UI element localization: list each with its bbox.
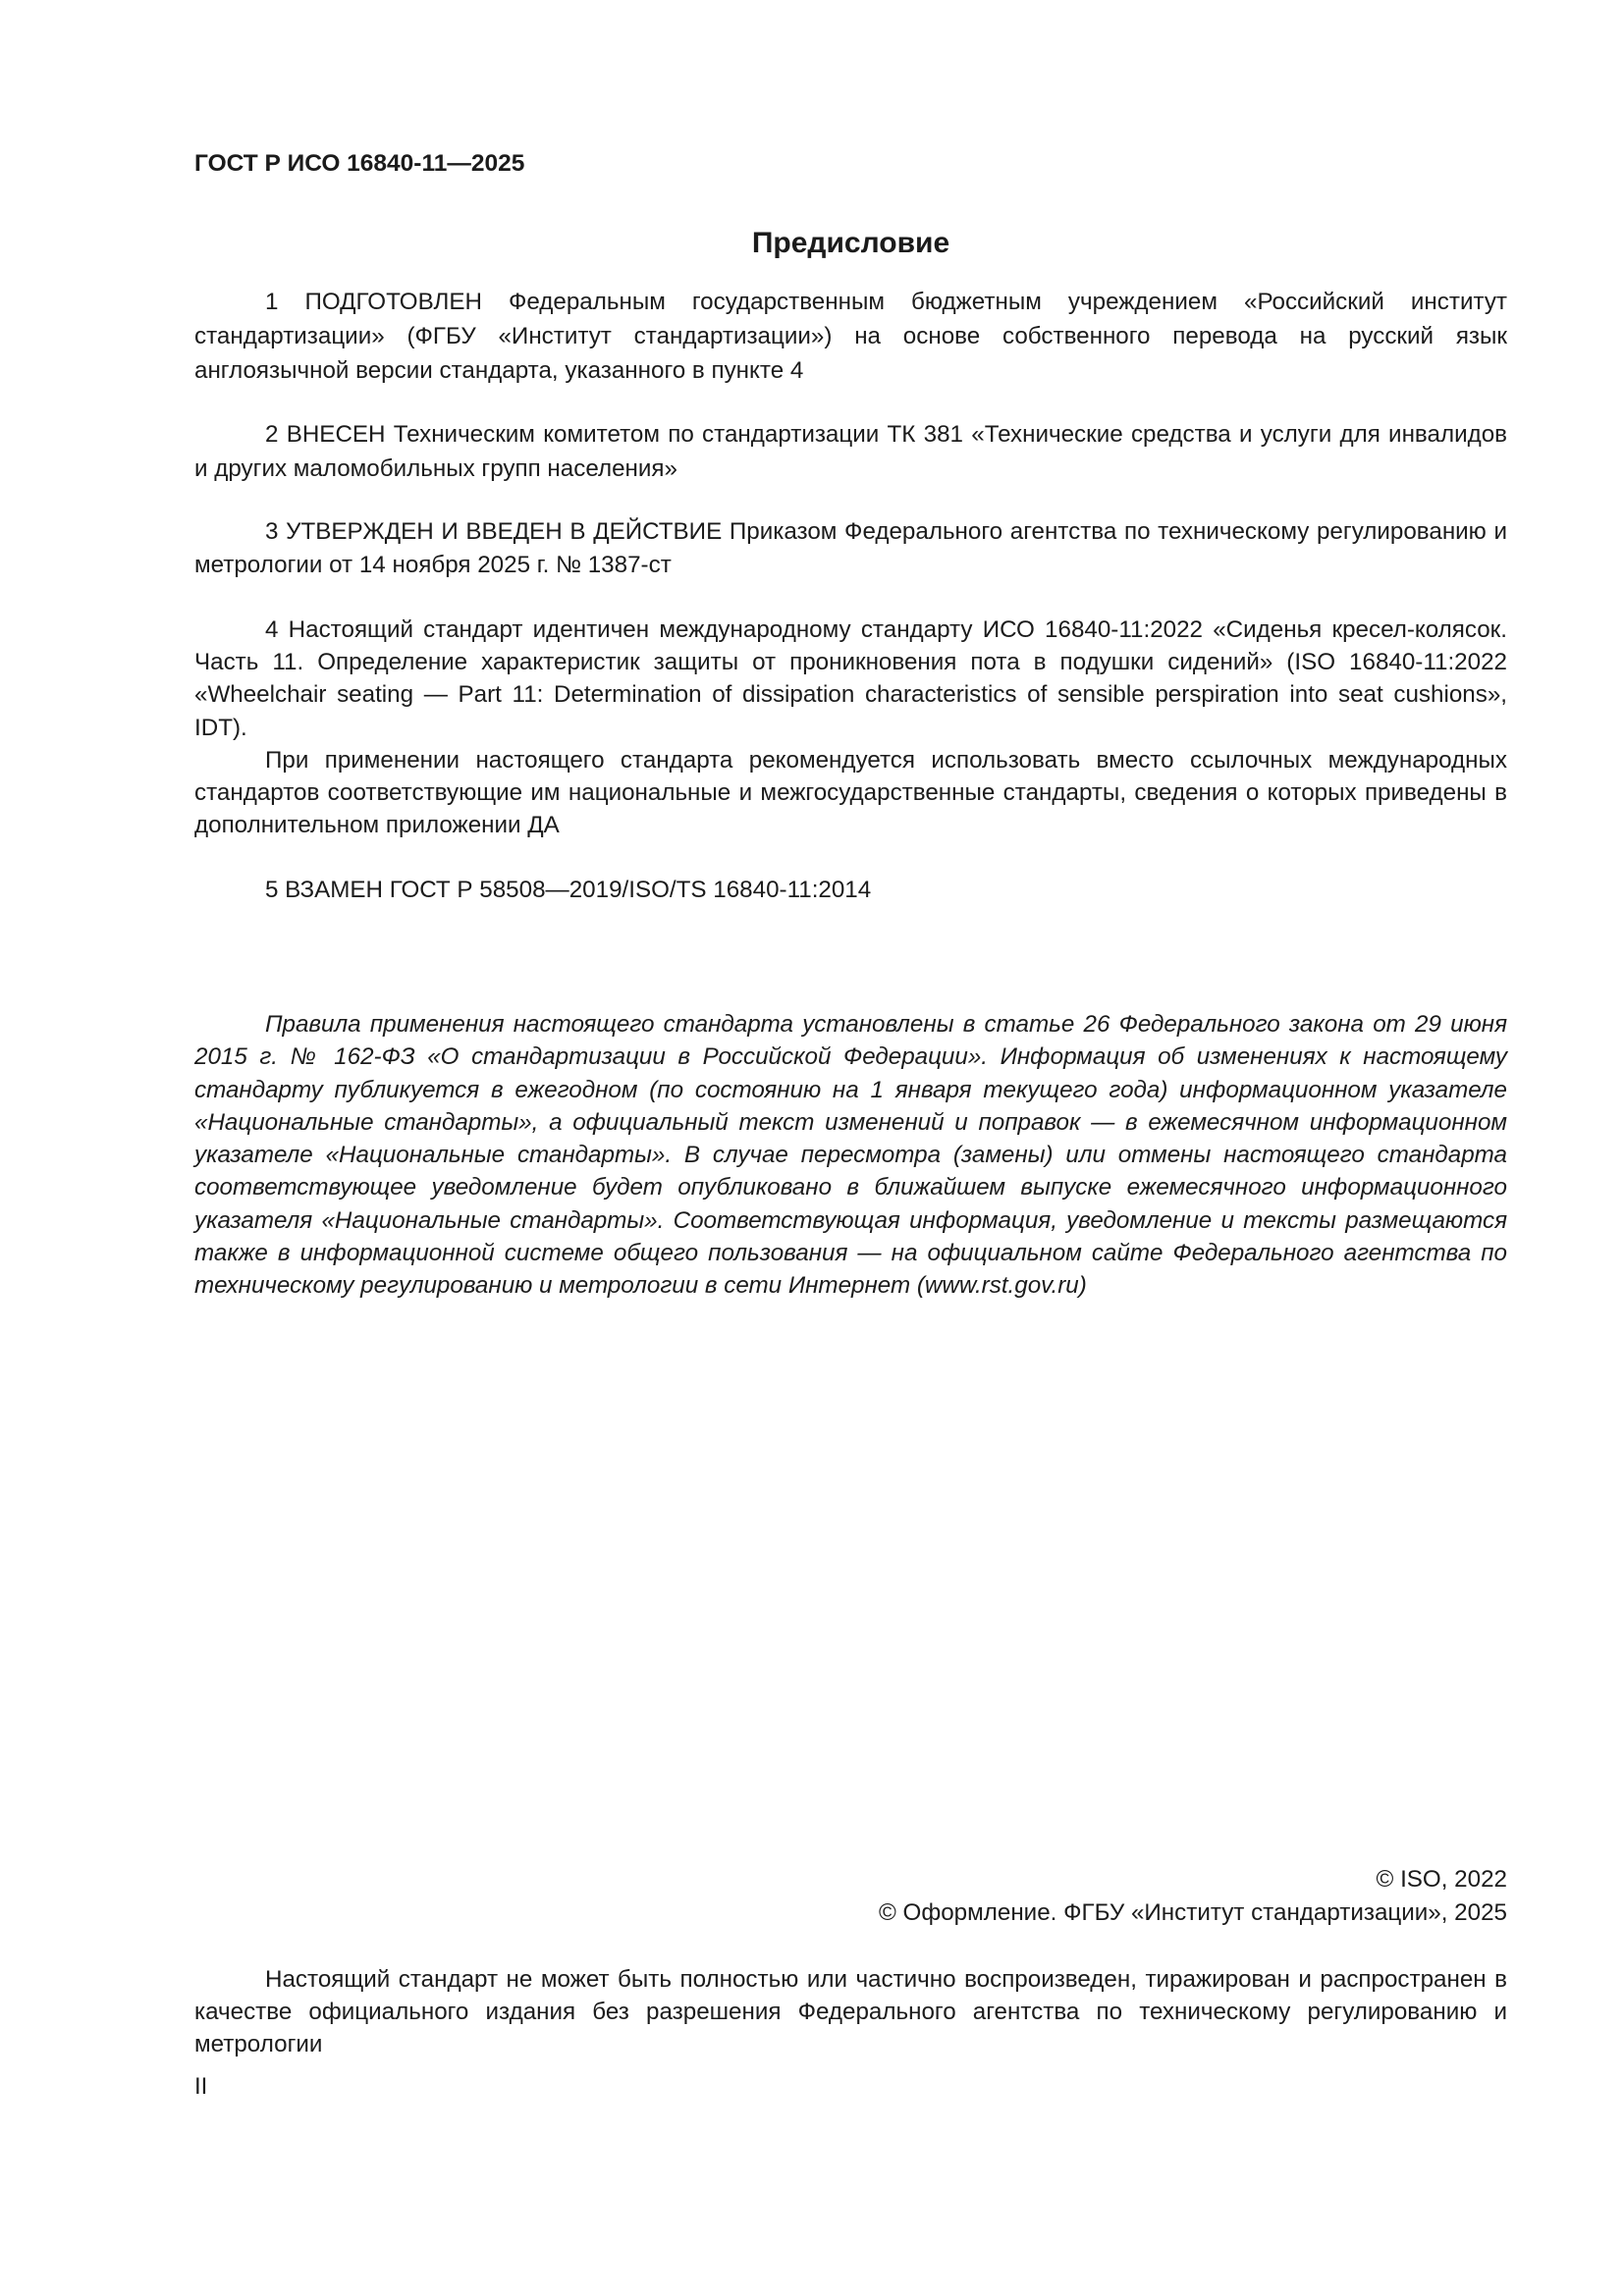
foreword-item-text: 2 ВНЕСЕН Техническим комитетом по станда… (194, 417, 1507, 486)
reproduction-notice-text: Настоящий стандарт не может быть полност… (194, 1963, 1507, 2060)
foreword-item-text: 5 ВЗАМЕН ГОСТ Р 58508—2019/ISO/TS 16840-… (194, 874, 1507, 907)
foreword-item-text: 3 УТВЕРЖДЕН И ВВЕДЕН В ДЕЙСТВИЕ Приказом… (194, 515, 1507, 581)
foreword-item-4: 4 Настоящий стандарт идентичен междунаро… (194, 614, 1507, 841)
copyright-block: © ISO, 2022 © Оформление. ФГБУ «Институт… (194, 1863, 1507, 1930)
foreword-item-1: 1 ПОДГОТОВЛЕН Федеральным государственны… (194, 285, 1507, 388)
foreword-item-5: 5 ВЗАМЕН ГОСТ Р 58508—2019/ISO/TS 16840-… (194, 874, 1507, 907)
document-code-header: ГОСТ Р ИСО 16840-11—2025 (194, 149, 524, 179)
page-title: Предисловие (194, 224, 1507, 263)
foreword-item-continuation: При применении настоящего стандарта реко… (194, 744, 1507, 842)
copyright-design: © Оформление. ФГБУ «Институт стандартиза… (194, 1896, 1507, 1930)
legal-notice-text: Правила применения настоящего стандарта … (194, 1008, 1507, 1303)
foreword-item-3: 3 УТВЕРЖДЕН И ВВЕДЕН В ДЕЙСТВИЕ Приказом… (194, 515, 1507, 581)
foreword-item-2: 2 ВНЕСЕН Техническим комитетом по станда… (194, 417, 1507, 486)
page-number: II (194, 2072, 207, 2102)
foreword-item-text: 4 Настоящий стандарт идентичен междунаро… (194, 614, 1507, 744)
legal-notice: Правила применения настоящего стандарта … (194, 1008, 1507, 1303)
reproduction-notice: Настоящий стандарт не может быть полност… (194, 1963, 1507, 2060)
foreword-item-text: 1 ПОДГОТОВЛЕН Федеральным государственны… (194, 285, 1507, 388)
copyright-iso: © ISO, 2022 (194, 1863, 1507, 1896)
